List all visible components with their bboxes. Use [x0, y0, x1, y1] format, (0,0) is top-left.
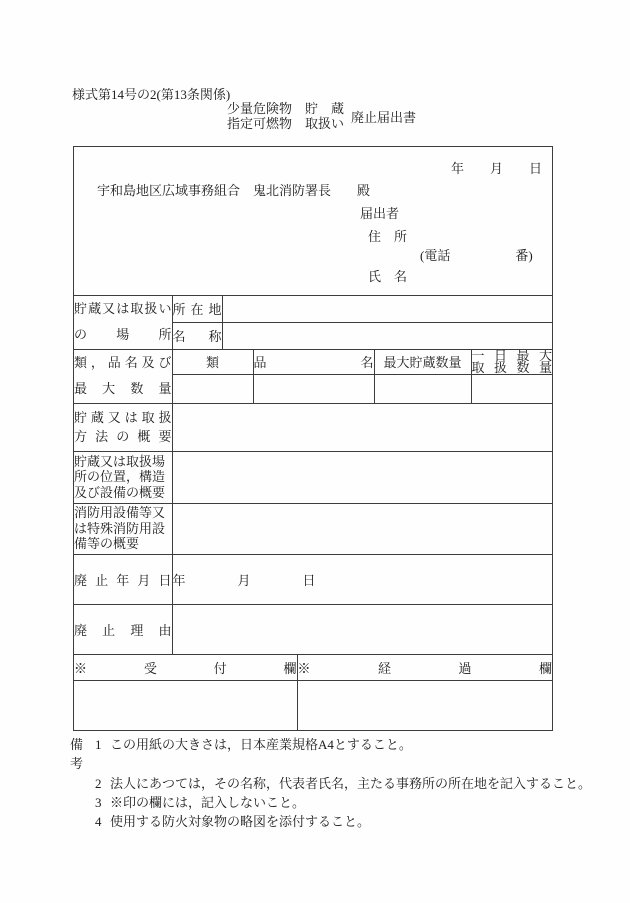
- table-row: 類，品名及び 最 大 数 量 類 品 名 最大貯蔵数量 一 日 最 大 取 扱 …: [74, 349, 552, 374]
- daily-max-column-header: 一 日 最 大 取 扱 数 量: [471, 349, 552, 374]
- max-storage-column-header: 最大貯蔵数量: [374, 349, 471, 374]
- telephone-line: (電話 番): [420, 245, 533, 264]
- reception-value: [74, 680, 297, 730]
- remarks-label-spacer: [70, 812, 95, 831]
- note-row: 4 使用する防火対象物の略図を添付すること。: [70, 812, 626, 831]
- progress-column-header: ※ 経 過 欄: [297, 654, 552, 680]
- table-row: 貯蔵又は取扱い の 場 所 所在地: [74, 296, 552, 322]
- note-row: 備考 1 この用紙の大きさは，日本産業規格A4とすること。: [70, 735, 626, 774]
- equipment-label-line3: 備等の概要: [74, 536, 172, 552]
- abolition-reason-value: [172, 604, 552, 654]
- remarks-label-spacer: [70, 774, 95, 793]
- form-title-category-line1: 少量危険物 貯 蔵: [227, 101, 344, 116]
- structure-label-cell: 貯蔵又は取扱場 所の位置，構造 及び設備の概要: [74, 451, 172, 503]
- class-quantity-label-cell: 類，品名及び 最 大 数 量: [74, 349, 172, 403]
- addressee: 宇和島地区広域事務組合 鬼北消防署長 殿: [97, 180, 370, 199]
- location-address-label: 所在地: [172, 296, 222, 322]
- note-number: 2: [95, 774, 110, 793]
- table-row: 消防用設備等又 は特殊消防用設 備等の概要: [74, 503, 552, 554]
- daily-max-header-line2: 取 扱 数 量: [472, 362, 553, 374]
- class-quantity-label-line1: 類，品名及び: [74, 350, 172, 376]
- note-text: ※印の欄には，記入しないこと。: [110, 793, 626, 812]
- method-label-line2: 方 法 の 概 要: [74, 427, 172, 446]
- abolition-reason-label: 廃 止 理 由: [74, 604, 172, 654]
- remarks-section: 備考 1 この用紙の大きさは，日本産業規格A4とすること。 2 法人にあつては，…: [70, 735, 626, 831]
- remarks-label-spacer: [70, 793, 95, 812]
- table-row: 廃 止 理 由: [74, 604, 552, 654]
- form-title: 少量危険物 貯 蔵 指定可燃物 取扱い 廃止届出書: [227, 101, 416, 131]
- location-address-value: [222, 296, 552, 322]
- note-row: 2 法人にあつては，その名称，代表者氏名，主たる事務所の所在地を記入すること。: [70, 774, 626, 793]
- form-header: 年 月 日 宇和島地区広域事務組合 鬼北消防署長 殿 届出者 住 所 (電話 番…: [74, 147, 552, 296]
- method-label-cell: 貯 蔵 又 は 取 扱 方 法 の 概 要: [74, 403, 172, 451]
- table-row: 廃 止 年 月 日 年 月 日: [74, 554, 552, 604]
- daily-max-value: [471, 374, 552, 403]
- product-name-column-header: 品 名: [253, 349, 374, 374]
- reception-column-header: ※ 受 付 欄: [74, 654, 297, 680]
- location-label-cell: 貯蔵又は取扱い の 場 所: [74, 296, 172, 349]
- structure-value: [172, 451, 552, 503]
- location-name-value: [222, 322, 552, 349]
- note-text: 使用する防火対象物の略図を添付すること。: [110, 812, 626, 831]
- form-box: 年 月 日 宇和島地区広域事務組合 鬼北消防署長 殿 届出者 住 所 (電話 番…: [73, 146, 553, 731]
- structure-label-line2: 所の位置，構造: [74, 469, 172, 485]
- max-storage-value: [374, 374, 471, 403]
- structure-label-line3: 及び設備の概要: [74, 485, 172, 501]
- equipment-label-cell: 消防用設備等又 は特殊消防用設 備等の概要: [74, 503, 172, 554]
- method-label-line1: 貯 蔵 又 は 取 扱: [74, 408, 172, 427]
- form-title-category-line2: 指定可燃物 取扱い: [227, 116, 344, 131]
- form-title-category: 少量危険物 貯 蔵 指定可燃物 取扱い: [227, 101, 344, 131]
- table-row: ※ 受 付 欄 ※ 経 過 欄: [74, 654, 552, 680]
- name-label: 氏 名: [368, 266, 407, 285]
- location-name-label: 名 称: [172, 322, 222, 349]
- note-text: 法人にあつては，その名称，代表者氏名，主たる事務所の所在地を記入すること。: [110, 774, 626, 793]
- notifier-label: 届出者: [360, 203, 399, 222]
- note-text: この用紙の大きさは，日本産業規格A4とすること。: [110, 735, 626, 774]
- equipment-value: [172, 503, 552, 554]
- product-name-value: [253, 374, 374, 403]
- date-line: 年 月 日: [451, 158, 542, 177]
- table-row: 貯蔵又は取扱場 所の位置，構造 及び設備の概要: [74, 451, 552, 503]
- form-title-main: 廃止届出書: [351, 107, 416, 126]
- table-row: [74, 680, 552, 730]
- equipment-label-line1: 消防用設備等又: [74, 505, 172, 521]
- abolition-date-label: 廃 止 年 月 日: [74, 554, 172, 604]
- note-number: 1: [95, 735, 110, 774]
- class-value: [172, 374, 253, 403]
- table-row: 貯 蔵 又 は 取 扱 方 法 の 概 要: [74, 403, 552, 451]
- form-page: 様式第14号の2(第13条関係) 少量危険物 貯 蔵 指定可燃物 取扱い 廃止届…: [0, 0, 630, 903]
- abolition-date-value: 年 月 日: [172, 554, 552, 604]
- address-label: 住 所: [368, 226, 407, 245]
- class-quantity-label-line2: 最 大 数 量: [74, 376, 172, 402]
- note-number: 4: [95, 812, 110, 831]
- note-row: 3 ※印の欄には，記入しないこと。: [70, 793, 626, 812]
- structure-label-line1: 貯蔵又は取扱場: [74, 454, 172, 470]
- note-number: 3: [95, 793, 110, 812]
- form-number: 様式第14号の2(第13条関係): [72, 84, 230, 103]
- equipment-label-line2: は特殊消防用設: [74, 521, 172, 537]
- progress-value: [297, 680, 552, 730]
- location-label-line1: 貯蔵又は取扱い: [74, 296, 172, 322]
- remarks-label: 備考: [70, 735, 95, 774]
- class-column-header: 類: [172, 349, 253, 374]
- form-table: 貯蔵又は取扱い の 場 所 所在地 名 称 類，品名及び 最 大 数 量 類 品…: [74, 296, 552, 730]
- method-value: [172, 403, 552, 451]
- location-label-line2: の 場 所: [74, 322, 172, 348]
